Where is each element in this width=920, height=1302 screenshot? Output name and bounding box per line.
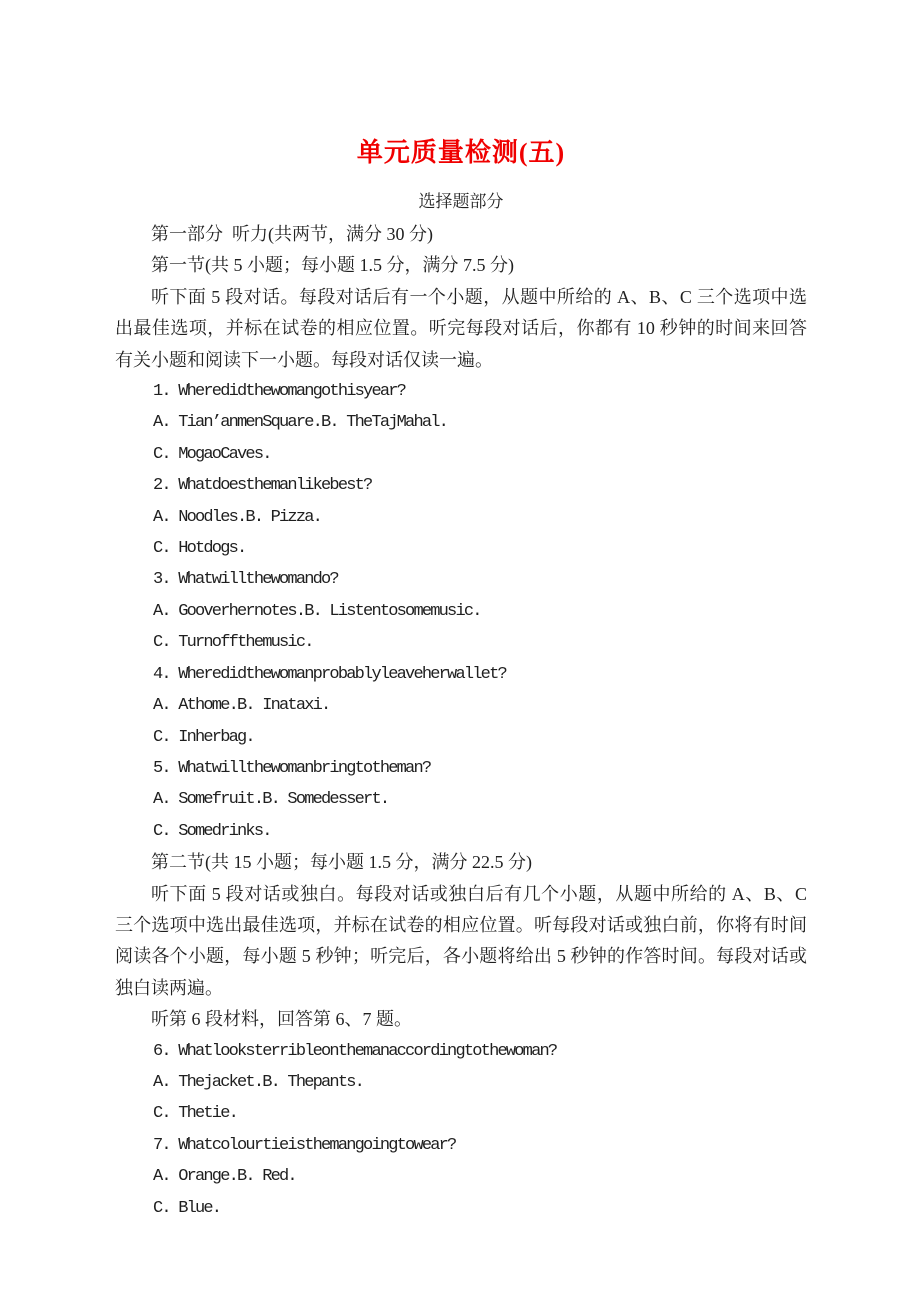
question-1-stem: 1. Wheredidthewomangothisyear? xyxy=(115,376,807,407)
question-7-options-ab: A. Orange.B. Red. xyxy=(115,1161,807,1192)
question-5-stem: 5. Whatwillthewomanbringtotheman? xyxy=(115,753,807,784)
section1-instructions: 听下面 5 段对话。每段对话后有一个小题，从题中所给的 A、B、C 三个选项中选… xyxy=(115,282,807,376)
section2-material-note: 听第 6 段材料，回答第 6、7 题。 xyxy=(115,1004,807,1035)
question-6-option-c: C. Thetie. xyxy=(115,1098,807,1129)
question-2-options-ab: A. Noodles.B. Pizza. xyxy=(115,502,807,533)
question-2-stem: 2. Whatdoesthemanlikebest? xyxy=(115,470,807,501)
document-title: 单元质量检测(五) xyxy=(115,136,807,170)
question-7-stem: 7. Whatcolourtieisthemangoingtowear? xyxy=(115,1130,807,1161)
exam-document-page: 单元质量检测(五) 选择题部分 第一部分 听力(共两节，满分 30 分) 第一节… xyxy=(0,0,920,1302)
part1-heading: 第一部分 听力(共两节，满分 30 分) xyxy=(115,219,807,250)
question-5-option-c: C. Somedrinks. xyxy=(115,816,807,847)
question-6-stem: 6. Whatlooksterribleonthemanaccordingtot… xyxy=(115,1036,807,1067)
question-4-stem: 4. Wheredidthewomanprobablyleaveherwalle… xyxy=(115,659,807,690)
question-1-options-ab: A. Tian’anmenSquare.B. TheTajMahal. xyxy=(115,407,807,438)
question-3-stem: 3. Whatwillthewomando? xyxy=(115,564,807,595)
section2-heading: 第二节(共 15 小题；每小题 1.5 分，满分 22.5 分) xyxy=(115,847,807,878)
question-3-options-ab: A. Gooverhernotes.B. Listentosomemusic. xyxy=(115,596,807,627)
question-3-option-c: C. Turnoffthemusic. xyxy=(115,627,807,658)
question-5-options-ab: A. Somefruit.B. Somedessert. xyxy=(115,784,807,815)
question-4-options-ab: A. Athome.B. Inataxi. xyxy=(115,690,807,721)
document-subtitle: 选择题部分 xyxy=(115,186,807,217)
question-2-option-c: C. Hotdogs. xyxy=(115,533,807,564)
question-7-option-c: C. Blue. xyxy=(115,1193,807,1224)
question-6-options-ab: A. Thejacket.B. Thepants. xyxy=(115,1067,807,1098)
section2-instructions: 听下面 5 段对话或独白。每段对话或独白后有几个小题，从题中所给的 A、B、C … xyxy=(115,879,807,1005)
question-4-option-c: C. Inherbag. xyxy=(115,722,807,753)
question-1-option-c: C. MogaoCaves. xyxy=(115,439,807,470)
section1-heading: 第一节(共 5 小题；每小题 1.5 分，满分 7.5 分) xyxy=(115,250,807,281)
